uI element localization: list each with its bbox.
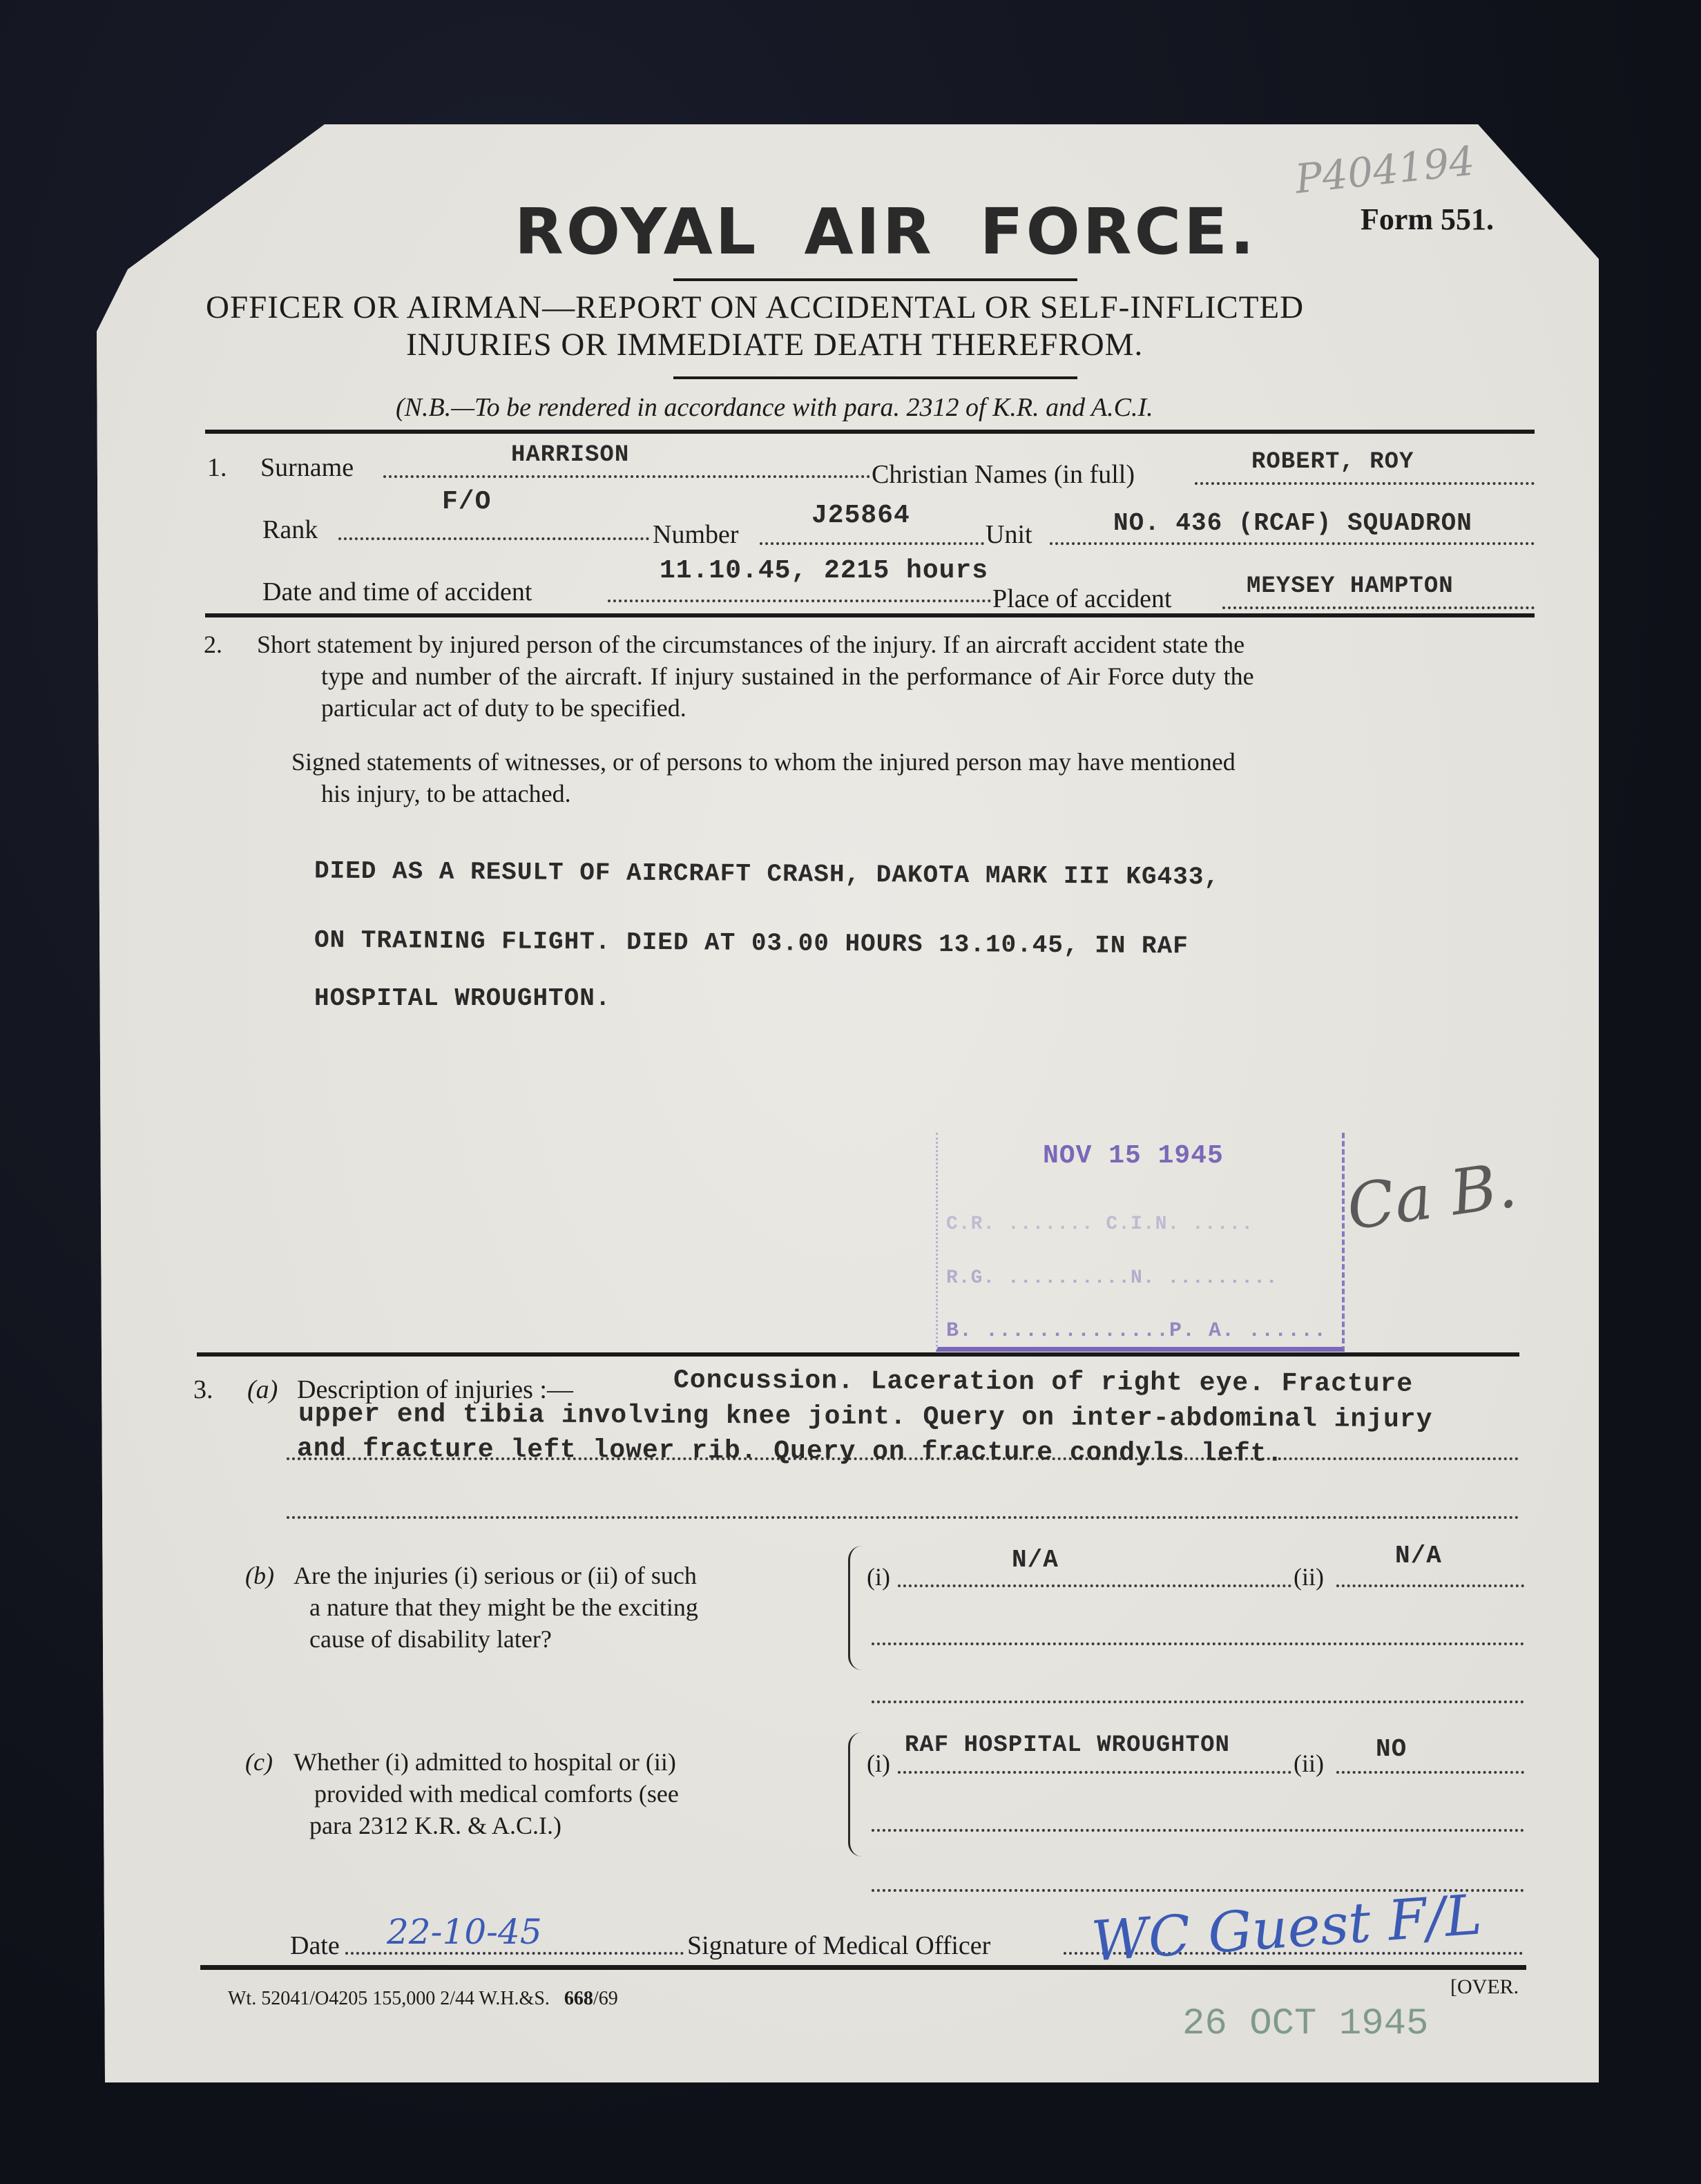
section-3b-label: (b) bbox=[245, 1561, 274, 1590]
place-of-accident-field[interactable]: MEYSEY HAMPTON bbox=[1247, 573, 1454, 600]
regulation-note: (N.B.—To be rendered in accordance with … bbox=[396, 392, 1153, 423]
print-code-suffix: /69 bbox=[593, 1988, 618, 2009]
surname-field-line bbox=[383, 475, 870, 478]
section-3c-ii-field[interactable]: NO bbox=[1376, 1735, 1407, 1763]
date-time-of-accident-field[interactable]: 11.10.45, 2215 hours bbox=[660, 556, 988, 586]
rank-field[interactable]: F/O bbox=[442, 487, 491, 517]
section-3b-field-line bbox=[872, 1701, 1524, 1703]
injuries-description-line[interactable]: and fracture left lower rib. Query on fr… bbox=[297, 1434, 1283, 1468]
section-3c-label: (c) bbox=[245, 1747, 273, 1776]
received-stamp-line3: B. ..............P. A. ...... bbox=[946, 1319, 1327, 1343]
section-divider bbox=[197, 1352, 1519, 1357]
section-3b-ii-field-line bbox=[1336, 1584, 1524, 1587]
christian-names-field-line bbox=[1195, 482, 1535, 485]
section-3b-ii-field[interactable]: N/A bbox=[1395, 1542, 1442, 1570]
rank-field-line bbox=[338, 537, 649, 540]
title-divider bbox=[673, 278, 1077, 281]
surname-field[interactable]: HARRISON bbox=[511, 442, 629, 468]
witness-instruction-line1: Signed statements of witnesses, or of pe… bbox=[291, 747, 1236, 776]
section-3c-question-line3: para 2312 K.R. & A.C.I.) bbox=[309, 1811, 561, 1840]
section-3b-ii-label: (ii) bbox=[1294, 1562, 1324, 1591]
section-1-number: 1. bbox=[207, 452, 227, 483]
over-indicator: [OVER. bbox=[1450, 1975, 1519, 1999]
christian-names-field[interactable]: ROBERT, ROY bbox=[1251, 449, 1414, 475]
service-number-field[interactable]: J25864 bbox=[811, 501, 910, 530]
print-code-bold: 668 bbox=[564, 1988, 593, 2009]
received-date-stamp: 26 OCT 1945 bbox=[1182, 2003, 1428, 2045]
place-of-accident-label: Place of accident bbox=[992, 584, 1172, 614]
injuries-field-line bbox=[287, 1516, 1519, 1519]
subtitle-divider bbox=[673, 376, 1077, 379]
section-divider bbox=[205, 430, 1535, 434]
section-3c-field-line bbox=[872, 1829, 1524, 1832]
received-stamp-line2: R.G. ..........N. ......... bbox=[946, 1267, 1278, 1289]
received-stamp-date: NOV 15 1945 bbox=[1043, 1141, 1224, 1171]
christian-names-label: Christian Names (in full) bbox=[872, 459, 1135, 490]
rank-label: Rank bbox=[262, 515, 318, 545]
unit-label: Unit bbox=[986, 519, 1032, 550]
signature-label: Signature of Medical Officer bbox=[687, 1931, 990, 1961]
injuries-description-line[interactable]: upper end tibia involving knee joint. Qu… bbox=[298, 1399, 1433, 1435]
witness-instruction-line2: his injury, to be attached. bbox=[321, 779, 571, 808]
number-label: Number bbox=[653, 519, 739, 550]
section-divider bbox=[205, 613, 1535, 617]
form-number: Form 551. bbox=[1361, 202, 1494, 237]
date-label: Date bbox=[290, 1931, 340, 1961]
page-title: ROYAL AIR FORCE. bbox=[515, 195, 1257, 269]
place-field-line bbox=[1222, 606, 1535, 609]
section-3c-question-line1: Whether (i) admitted to hospital or (ii) bbox=[294, 1747, 676, 1776]
section-3-number: 3. bbox=[193, 1374, 213, 1405]
print-code-text: Wt. 52041/O4205 155,000 2/44 W.H.&S. bbox=[228, 1988, 550, 2009]
section-2-instruction-line3: particular act of duty to be specified. bbox=[321, 693, 686, 722]
date-time-field-line bbox=[608, 600, 991, 602]
date-field-line bbox=[345, 1952, 684, 1955]
number-field-line bbox=[760, 542, 984, 545]
injuries-description-line[interactable]: Concussion. Laceration of right eye. Fra… bbox=[673, 1366, 1413, 1399]
form-subtitle-line1: OFFICER OR AIRMAN—REPORT ON ACCIDENTAL O… bbox=[206, 289, 1304, 326]
section-3b-question-line1: Are the injuries (i) serious or (ii) of … bbox=[294, 1561, 697, 1590]
brace-3c bbox=[848, 1732, 864, 1857]
section-3b-i-field[interactable]: N/A bbox=[1012, 1546, 1059, 1574]
section-3c-ii-label: (ii) bbox=[1294, 1749, 1324, 1778]
form-subtitle-line2: INJURIES OR IMMEDIATE DEATH THEREFROM. bbox=[406, 326, 1143, 363]
received-stamp-line1: C.R. ....... C.I.N. ..... bbox=[946, 1214, 1253, 1235]
unit-field-line bbox=[1050, 542, 1535, 545]
section-2-instruction-line1: Short statement by injured person of the… bbox=[257, 630, 1244, 659]
footer-divider bbox=[200, 1965, 1526, 1970]
unit-field[interactable]: NO. 436 (RCAF) SQUADRON bbox=[1113, 509, 1472, 537]
section-3c-i-label: (i) bbox=[867, 1749, 890, 1778]
surname-label: Surname bbox=[260, 452, 354, 483]
print-code: Wt. 52041/O4205 155,000 2/44 W.H.&S. 668… bbox=[228, 1988, 618, 2010]
section-3b-question-line2: a nature that they might be the exciting bbox=[309, 1593, 698, 1622]
section-2-number: 2. bbox=[204, 630, 222, 659]
section-3c-i-field[interactable]: RAF HOSPITAL WROUGHTON bbox=[905, 1732, 1230, 1759]
date-time-of-accident-label: Date and time of accident bbox=[262, 577, 532, 607]
date-field[interactable]: 22-10-45 bbox=[387, 1912, 542, 1952]
section-3c-question-line2: provided with medical comforts (see bbox=[314, 1779, 679, 1808]
statement-line[interactable]: HOSPITAL WROUGHTON. bbox=[314, 984, 611, 1013]
section-2-instruction-line2: type and number of the aircraft. If inju… bbox=[321, 662, 1254, 691]
section-3a-label: (a) bbox=[247, 1374, 278, 1405]
section-3b-question-line3: cause of disability later? bbox=[309, 1625, 552, 1654]
section-3b-i-field-line bbox=[898, 1584, 1291, 1587]
section-3c-ii-field-line bbox=[1336, 1771, 1524, 1774]
section-3b-field-line bbox=[872, 1642, 1524, 1645]
section-3c-i-field-line bbox=[898, 1771, 1291, 1774]
section-3b-i-label: (i) bbox=[867, 1562, 890, 1591]
brace-3b bbox=[848, 1546, 864, 1670]
